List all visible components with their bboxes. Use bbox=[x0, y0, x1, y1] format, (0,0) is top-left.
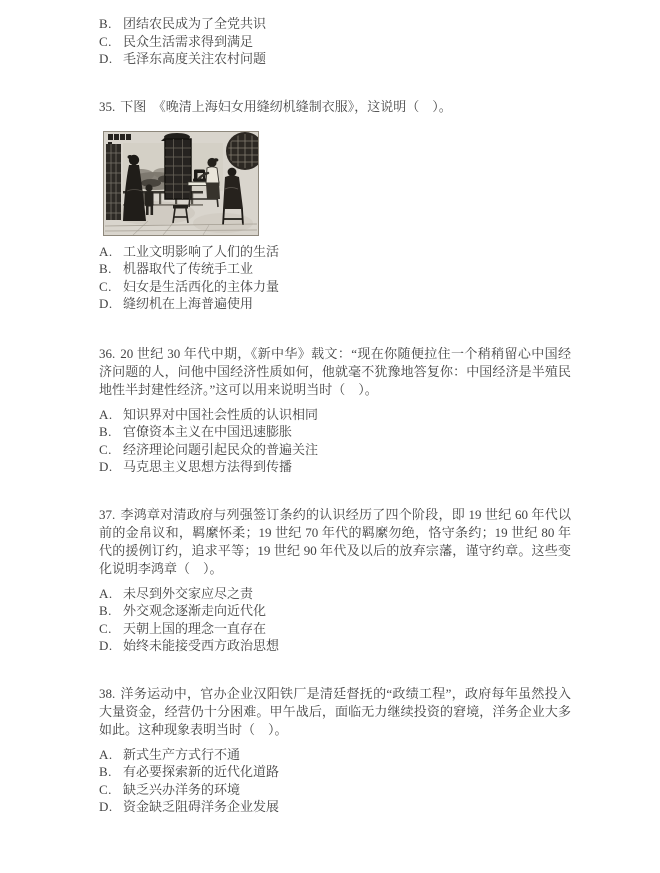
option-text: 官僚资本主义在中国迅速膨胀 bbox=[123, 423, 571, 441]
question-stem-text: 20 世纪 30 年代中期，《新中华》载文：“现在你随便拉住一个稍稍留心中国经济… bbox=[99, 346, 571, 397]
option-letter: B. bbox=[99, 423, 123, 441]
woodcut-sewing-scene-image bbox=[103, 131, 259, 236]
question-stem: 38.洋务运动中，官办企业汉阳铁厂是清廷督抚的“政绩工程”，政府每年虽然投入大量… bbox=[99, 685, 571, 739]
option-letter: A. bbox=[99, 746, 123, 764]
option-letter: A. bbox=[99, 585, 123, 603]
question-stem-text: 下图 《晚清上海妇女用缝纫机缝制衣服》，这说明（ ）。 bbox=[120, 99, 452, 114]
question-37: 37.李鸿章对清政府与列强签订条约的认识经历了四个阶段，即 19 世纪 60 年… bbox=[99, 506, 571, 655]
option-row: B. 外交观念逐渐走向近代化 bbox=[99, 602, 571, 620]
option-text: 妇女是生活西化的主体力量 bbox=[123, 278, 571, 296]
option-letter: D. bbox=[99, 637, 123, 655]
option-letter: C. bbox=[99, 33, 123, 51]
question-35-options: A. 工业文明影响了人们的生活 B. 机器取代了传统手工业 C. 妇女是生活西化… bbox=[99, 243, 571, 313]
question-36: 36.20 世纪 30 年代中期，《新中华》载文：“现在你随便拉住一个稍稍留心中… bbox=[99, 345, 571, 476]
question-stem-text: 李鸿章对清政府与列强签订条约的认识经历了四个阶段，即 19 世纪 60 年代以前… bbox=[99, 507, 571, 576]
option-letter: B. bbox=[99, 602, 123, 620]
option-row: B. 机器取代了传统手工业 bbox=[99, 260, 571, 278]
question-number: 35. bbox=[99, 99, 115, 114]
question-stem-text: 洋务运动中，官办企业汉阳铁厂是清廷督抚的“政绩工程”，政府每年虽然投入大量资金，… bbox=[99, 686, 571, 737]
option-row: D. 缝纫机在上海普遍使用 bbox=[99, 295, 571, 313]
option-text: 缝纫机在上海普遍使用 bbox=[123, 295, 571, 313]
option-row: B. 团结农民成为了全党共识 bbox=[99, 15, 571, 33]
question-37-options: A. 未尽到外交家应尽之责 B. 外交观念逐渐走向近代化 C. 天朝上国的理念一… bbox=[99, 585, 571, 655]
option-letter: C. bbox=[99, 441, 123, 459]
option-text: 天朝上国的理念一直存在 bbox=[123, 620, 571, 638]
option-letter: B. bbox=[99, 260, 123, 278]
option-row: C. 妇女是生活西化的主体力量 bbox=[99, 278, 571, 296]
option-letter: C. bbox=[99, 278, 123, 296]
question-number: 36. bbox=[99, 346, 115, 361]
option-text: 知识界对中国社会性质的认识相同 bbox=[123, 406, 571, 424]
option-row: D. 资金缺乏阻碍洋务企业发展 bbox=[99, 798, 571, 816]
option-row: B. 官僚资本主义在中国迅速膨胀 bbox=[99, 423, 571, 441]
exam-page-content: B. 团结农民成为了全党共识 C. 民众生活需求得到满足 D. 毛泽东高度关注农… bbox=[99, 15, 571, 816]
option-text: 团结农民成为了全党共识 bbox=[123, 15, 571, 33]
option-letter: A. bbox=[99, 406, 123, 424]
option-letter: D. bbox=[99, 295, 123, 313]
option-text: 经济理论问题引起民众的普遍关注 bbox=[123, 441, 571, 459]
question-stem: 35.下图 《晚清上海妇女用缝纫机缝制衣服》，这说明（ ）。 bbox=[99, 98, 571, 116]
question-35: 35.下图 《晚清上海妇女用缝纫机缝制衣服》，这说明（ ）。 bbox=[99, 98, 571, 313]
option-row: B. 有必要探索新的近代化道路 bbox=[99, 763, 571, 781]
option-row: C. 缺乏兴办洋务的环境 bbox=[99, 781, 571, 799]
option-letter: C. bbox=[99, 781, 123, 799]
option-text: 马克思主义思想方法得到传播 bbox=[123, 458, 571, 476]
option-text: 外交观念逐渐走向近代化 bbox=[123, 602, 571, 620]
option-row: C. 经济理论问题引起民众的普遍关注 bbox=[99, 441, 571, 459]
option-text: 毛泽东高度关注农村问题 bbox=[123, 50, 571, 68]
question-36-options: A. 知识界对中国社会性质的认识相同 B. 官僚资本主义在中国迅速膨胀 C. 经… bbox=[99, 406, 571, 476]
option-text: 始终未能接受西方政治思想 bbox=[123, 637, 571, 655]
option-row: C. 民众生活需求得到满足 bbox=[99, 33, 571, 51]
option-text: 新式生产方式行不通 bbox=[123, 746, 571, 764]
option-row: A. 未尽到外交家应尽之责 bbox=[99, 585, 571, 603]
option-text: 未尽到外交家应尽之责 bbox=[123, 585, 571, 603]
question-stem: 37.李鸿章对清政府与列强签订条约的认识经历了四个阶段，即 19 世纪 60 年… bbox=[99, 506, 571, 578]
option-row: A. 工业文明影响了人们的生活 bbox=[99, 243, 571, 261]
option-letter: C. bbox=[99, 620, 123, 638]
question-34-options: B. 团结农民成为了全党共识 C. 民众生活需求得到满足 D. 毛泽东高度关注农… bbox=[99, 15, 571, 68]
question-stem: 36.20 世纪 30 年代中期，《新中华》载文：“现在你随便拉住一个稍稍留心中… bbox=[99, 345, 571, 399]
option-letter: D. bbox=[99, 50, 123, 68]
option-text: 有必要探索新的近代化道路 bbox=[123, 763, 571, 781]
option-letter: B. bbox=[99, 15, 123, 33]
option-row: C. 天朝上国的理念一直存在 bbox=[99, 620, 571, 638]
question-35-illustration bbox=[103, 131, 259, 236]
option-letter: D. bbox=[99, 798, 123, 816]
option-row: D. 毛泽东高度关注农村问题 bbox=[99, 50, 571, 68]
option-row: A. 新式生产方式行不通 bbox=[99, 746, 571, 764]
question-number: 38. bbox=[99, 686, 115, 701]
question-38-options: A. 新式生产方式行不通 B. 有必要探索新的近代化道路 C. 缺乏兴办洋务的环… bbox=[99, 746, 571, 816]
option-text: 民众生活需求得到满足 bbox=[123, 33, 571, 51]
question-38: 38.洋务运动中，官办企业汉阳铁厂是清廷督抚的“政绩工程”，政府每年虽然投入大量… bbox=[99, 685, 571, 816]
option-text: 缺乏兴办洋务的环境 bbox=[123, 781, 571, 799]
option-row: A. 知识界对中国社会性质的认识相同 bbox=[99, 406, 571, 424]
option-text: 资金缺乏阻碍洋务企业发展 bbox=[123, 798, 571, 816]
option-row: D. 始终未能接受西方政治思想 bbox=[99, 637, 571, 655]
option-text: 机器取代了传统手工业 bbox=[123, 260, 571, 278]
option-text: 工业文明影响了人们的生活 bbox=[123, 243, 571, 261]
option-letter: D. bbox=[99, 458, 123, 476]
option-letter: A. bbox=[99, 243, 123, 261]
option-row: D. 马克思主义思想方法得到传播 bbox=[99, 458, 571, 476]
question-number: 37. bbox=[99, 507, 115, 522]
option-letter: B. bbox=[99, 763, 123, 781]
